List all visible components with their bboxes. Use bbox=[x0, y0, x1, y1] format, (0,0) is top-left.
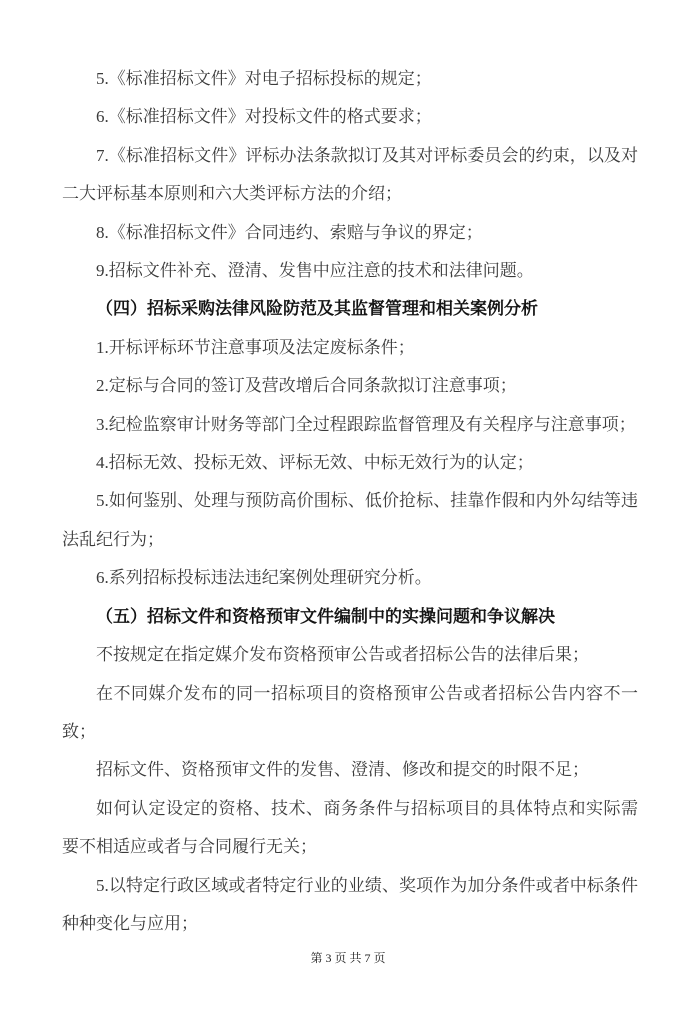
paragraph: 8.《标准招标文件》合同违约、索赔与争议的界定； bbox=[62, 214, 638, 252]
paragraph: 7.《标准招标文件》评标办法条款拟订及其对评标委员会的约束，以及对二大评标基本原… bbox=[62, 137, 638, 214]
paragraph: 5.以特定行政区域或者特定行业的业绩、奖项作为加分条件或者中标条件种种变化与应用… bbox=[62, 867, 638, 944]
section-heading: （五）招标文件和资格预审文件编制中的实操问题和争议解决 bbox=[62, 598, 638, 636]
paragraph: 4.招标无效、投标无效、评标无效、中标无效行为的认定； bbox=[62, 444, 638, 482]
paragraph: 2.定标与合同的签订及营改增后合同条款拟订注意事项； bbox=[62, 367, 638, 405]
paragraph: 9.招标文件补充、澄清、发售中应注意的技术和法律问题。 bbox=[62, 252, 638, 290]
document-body: 5.《标准招标文件》对电子招标投标的规定；6.《标准招标文件》对投标文件的格式要… bbox=[62, 60, 638, 943]
paragraph: 在不同媒介发布的同一招标项目的资格预审公告或者招标公告内容不一致； bbox=[62, 675, 638, 752]
paragraph: 5.《标准招标文件》对电子招标投标的规定； bbox=[62, 60, 638, 98]
paragraph: 1.开标评标环节注意事项及法定废标条件； bbox=[62, 329, 638, 367]
page-footer: 第 3 页 共 7 页 bbox=[0, 951, 696, 966]
paragraph: 3.纪检监察审计财务等部门全过程跟踪监督管理及有关程序与注意事项； bbox=[62, 406, 638, 444]
document-page: { "page": { "background": "#ffffff", "te… bbox=[0, 0, 696, 1020]
paragraph: 如何认定设定的资格、技术、商务条件与招标项目的具体特点和实际需要不相适应或者与合… bbox=[62, 790, 638, 867]
paragraph: 不按规定在指定媒介发布资格预审公告或者招标公告的法律后果； bbox=[62, 636, 638, 674]
paragraph: 招标文件、资格预审文件的发售、澄清、修改和提交的时限不足； bbox=[62, 751, 638, 789]
paragraph: 6.系列招标投标违法违纪案例处理研究分析。 bbox=[62, 559, 638, 597]
paragraph: 6.《标准招标文件》对投标文件的格式要求； bbox=[62, 98, 638, 136]
page-number-label: 第 3 页 共 7 页 bbox=[310, 951, 385, 965]
section-heading: （四）招标采购法律风险防范及其监督管理和相关案例分析 bbox=[62, 290, 638, 328]
paragraph: 5.如何鉴别、处理与预防高价围标、低价抢标、挂靠作假和内外勾结等违法乱纪行为； bbox=[62, 482, 638, 559]
